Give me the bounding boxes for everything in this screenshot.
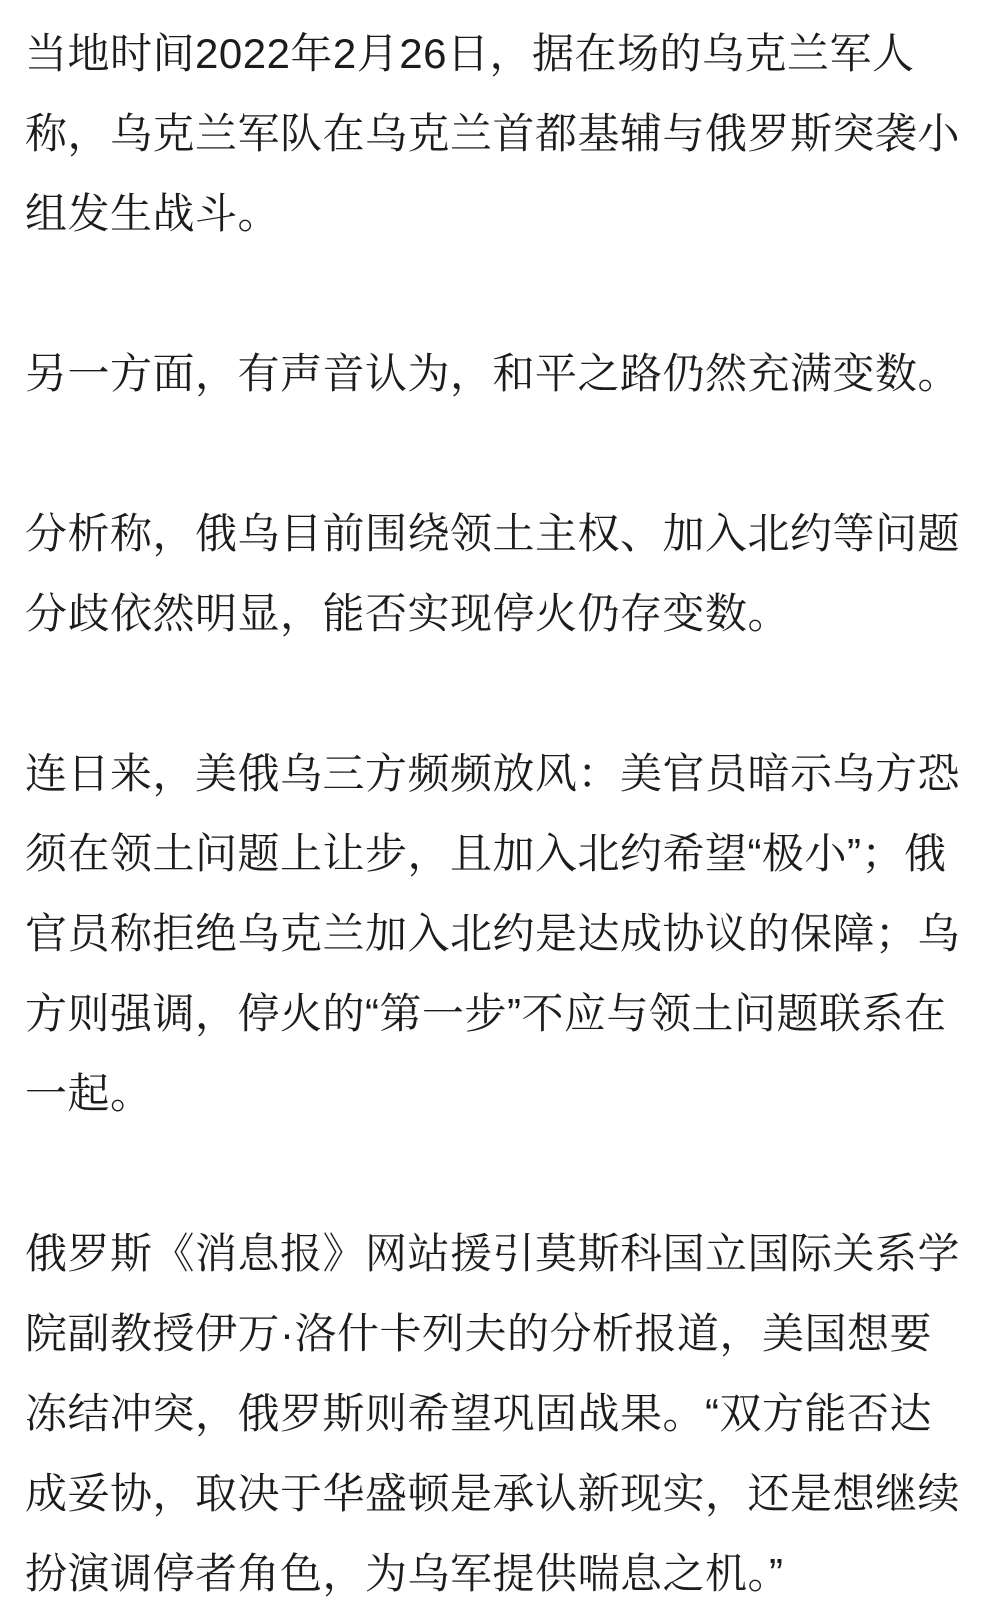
paragraph-izvestia-quote: 俄罗斯《消息报》网站援引莫斯科国立国际关系学院副教授伊万·洛什卡列夫的分析报道，… (25, 1214, 970, 1614)
paragraph-three-party-signals: 连日来，美俄乌三方频频放风：美官员暗示乌方恐须在领土问题上让步，且加入北约希望“… (25, 734, 970, 1134)
paragraph-battle-report: 当地时间2022年2月26日，据在场的乌克兰军人称，乌克兰军队在乌克兰首都基辅与… (25, 14, 970, 254)
paragraph-peace-uncertainty: 另一方面，有声音认为，和平之路仍然充满变数。 (25, 334, 970, 414)
article-page: 当地时间2022年2月26日，据在场的乌克兰军人称，乌克兰军队在乌克兰首都基辅与… (0, 0, 992, 1622)
article-body: 当地时间2022年2月26日，据在场的乌克兰军人称，乌克兰军队在乌克兰首都基辅与… (25, 14, 970, 1614)
paragraph-analysis-disputes: 分析称，俄乌目前围绕领土主权、加入北约等问题分歧依然明显，能否实现停火仍存变数。 (25, 494, 970, 654)
